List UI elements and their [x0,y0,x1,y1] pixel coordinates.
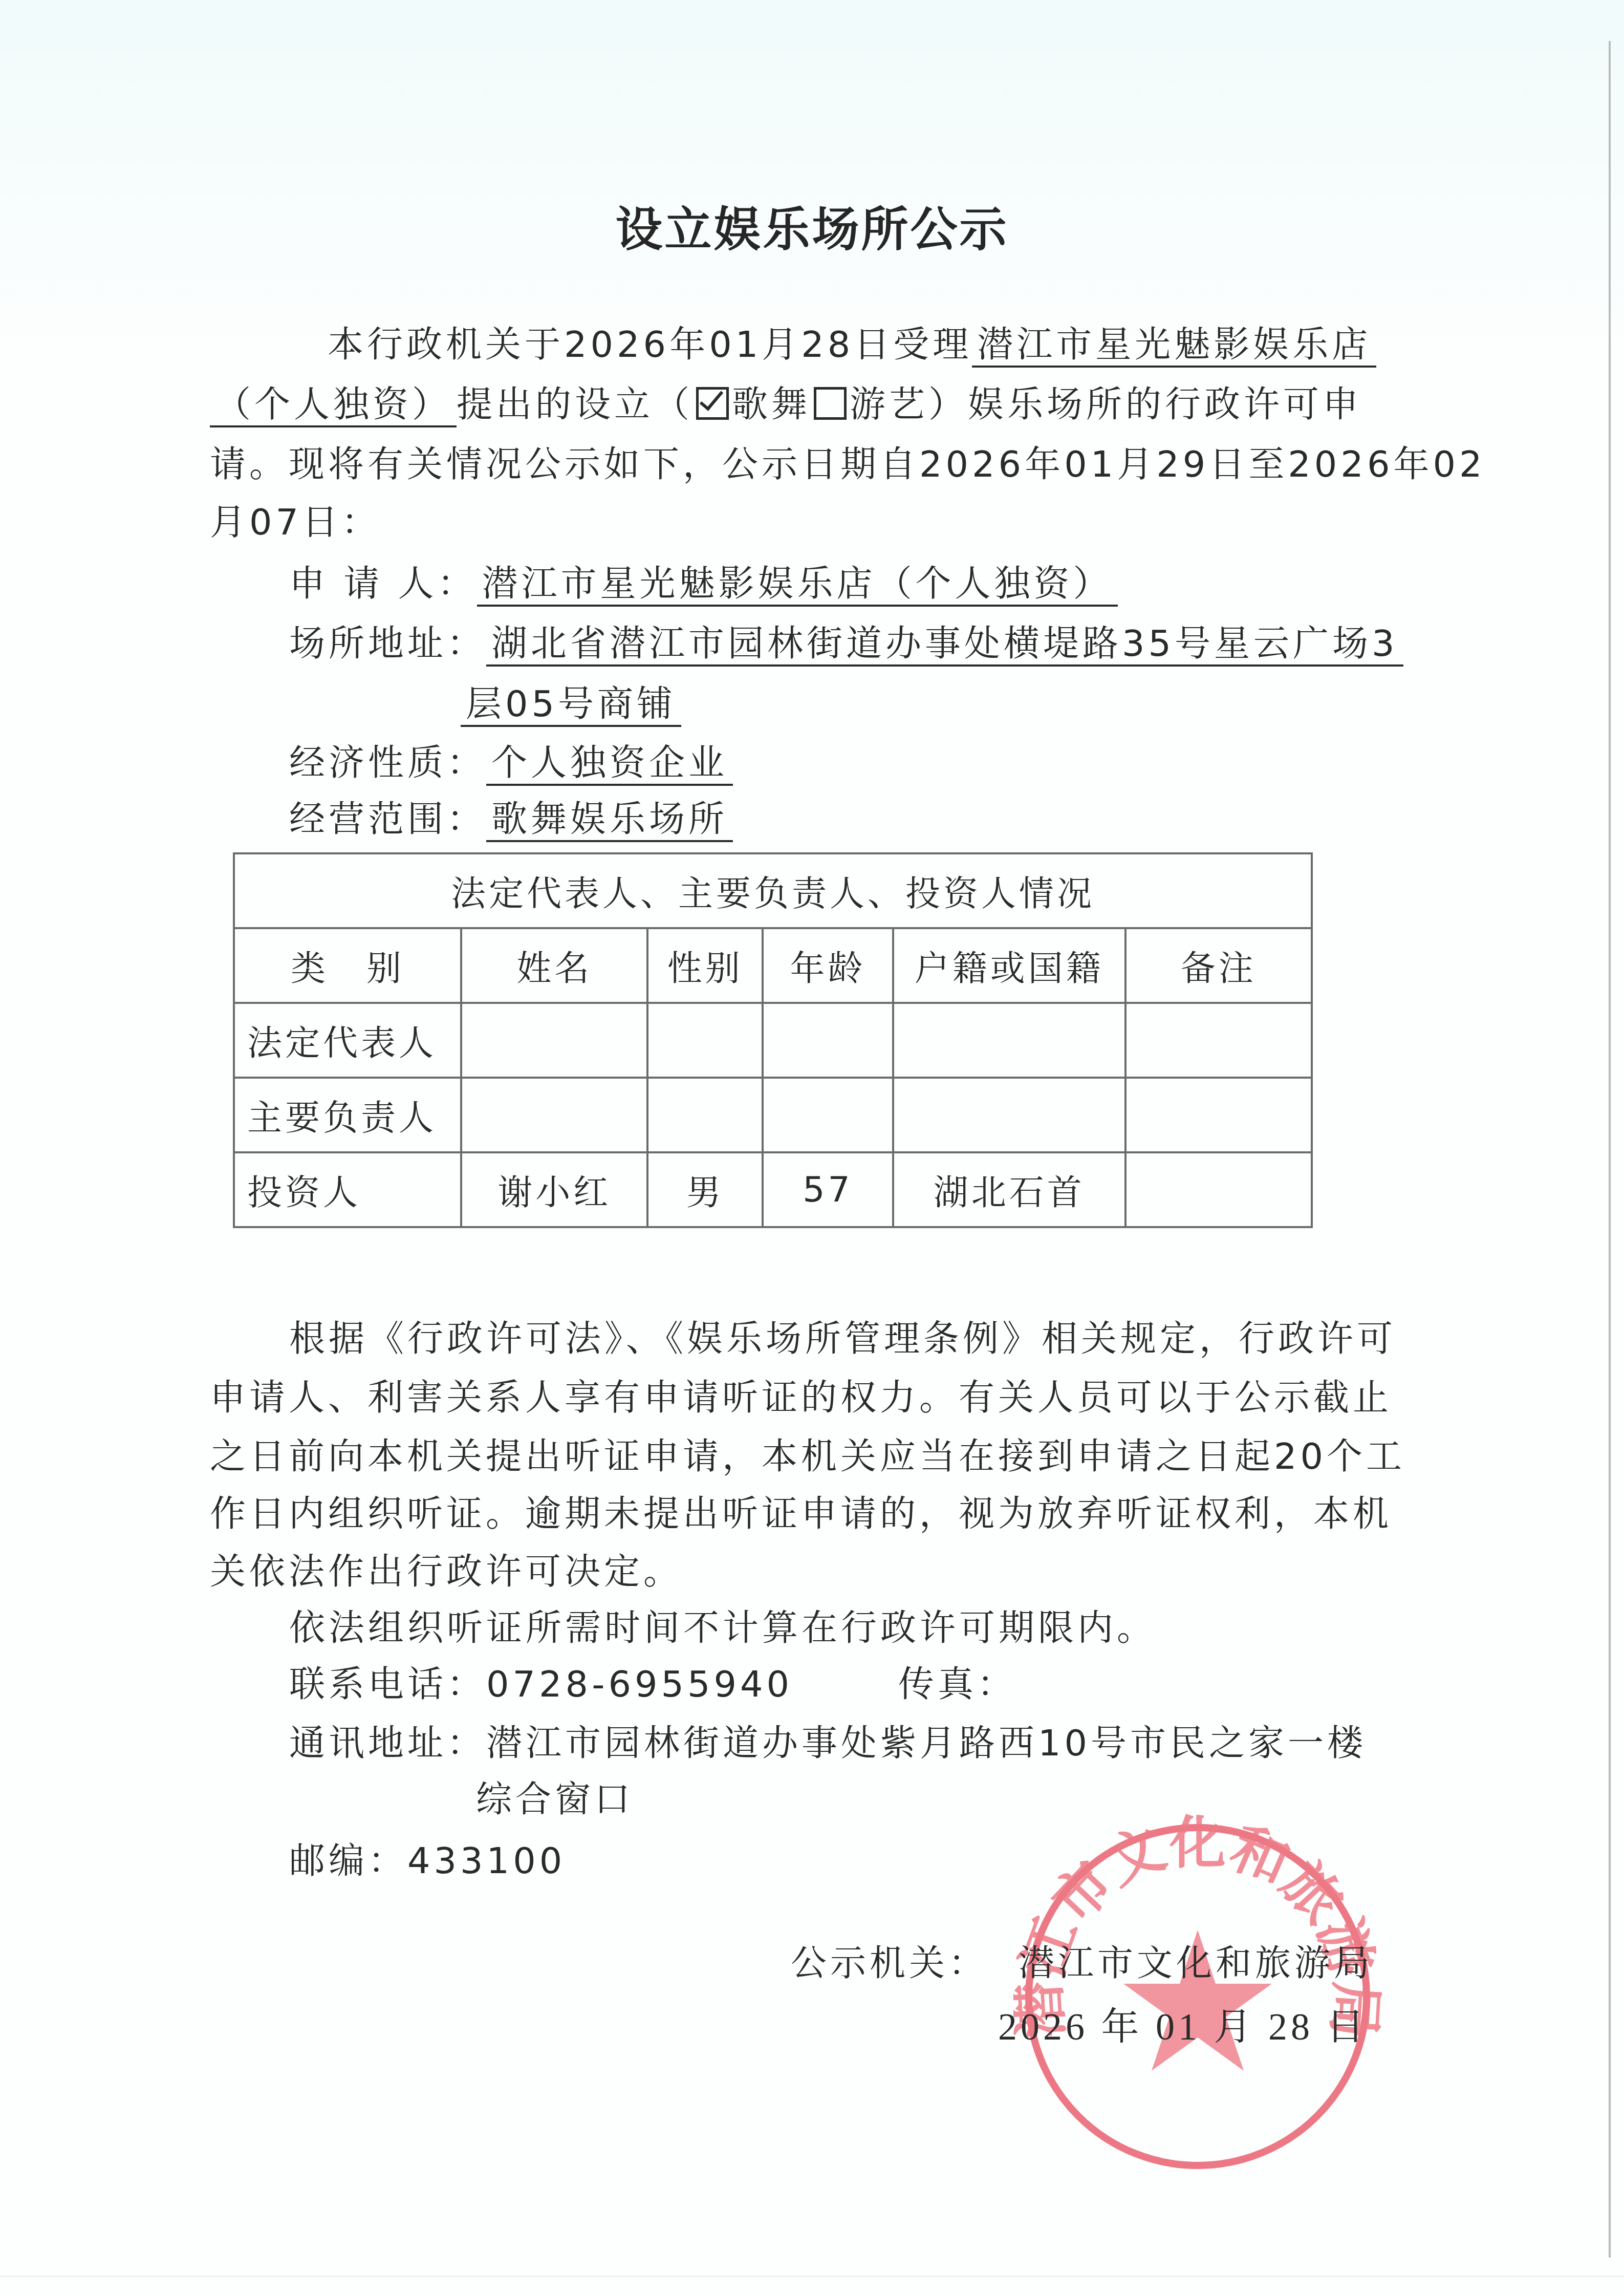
signature-agency: 公示机关：潜江市文化和旅游局 [791,1940,1373,1986]
notice-line-1: 根据《行政许可法》、《娱乐场所管理条例》相关规定，行政许可 [289,1316,1396,1362]
cell-origin [893,1003,1125,1078]
notice-line-2: 申请人、利害关系人享有申请听证的权力。有关人员可以于公示截止 [210,1375,1392,1421]
notice-line-3: 之日前向本机关提出听证申请，本机关应当在接到申请之日起20个工 [210,1433,1405,1479]
header-gender: 性别 [647,928,763,1003]
table-row: 投资人 谢小红 男 57 湖北石首 [234,1152,1312,1227]
nature-value: 个人独资企业 [486,742,733,786]
option-song-dance-label: 歌舞 [732,383,811,425]
intro-line-2: （个人独资）提出的设立（歌舞游艺）娱乐场所的行政许可申 [210,381,1362,427]
cell-remarks [1125,1152,1312,1227]
checkbox-empty-icon [814,387,847,420]
cell-origin: 湖北石首 [893,1152,1125,1227]
signature-date: 2026 年 01 月 28 日 [998,2004,1368,2050]
applicant-label: 申 请 人： [289,563,477,605]
cell-category: 法定代表人 [234,1003,461,1078]
intro-line-4: 月07日： [210,499,381,545]
checkbox-checked-icon [696,387,729,420]
official-seal-icon: 潜江市文化和旅游局 [1013,1812,1382,2181]
cell-name: 谢小红 [461,1152,647,1227]
cell-age: 57 [763,1152,893,1227]
address-value-line2: 层05号商铺 [461,683,681,727]
contact-address-cont: 综合窗口 [476,1776,634,1822]
cell-gender [647,1003,763,1078]
applicant-name-underlined: 潜江市星光魅影娱乐店 [972,324,1376,368]
page-title: 设立娱乐场所公示 [0,192,1624,260]
contact-fax: 传真： [898,1661,1016,1707]
header-origin: 户籍或国籍 [893,928,1125,1003]
cell-origin [893,1078,1125,1152]
scope-value: 歌舞娱乐场所 [486,798,733,842]
table-row: 法定代表人 [234,1003,1312,1078]
personnel-table: 法定代表人、主要负责人、投资人情况 类 别 姓名 性别 年龄 户籍或国籍 备注 … [233,852,1313,1228]
mail-address-label: 通讯地址： [289,1722,486,1764]
scan-edge-line [1609,41,1611,2258]
intro-line-1: 本行政机关于2026年01月28日受理潜江市星光魅影娱乐店 [328,321,1376,368]
applicant-value: 潜江市星光魅影娱乐店（个人独资） [477,563,1118,607]
cell-gender: 男 [647,1152,763,1227]
contact-postcode: 邮编：433100 [289,1838,566,1884]
header-age: 年龄 [763,928,893,1003]
intro-prefix: 本行政机关于2026年01月28日受理 [328,324,972,366]
notice-line-5: 关依法作出行政许可决定。 [210,1549,683,1595]
cell-category: 投资人 [234,1152,461,1227]
intro-mid: 提出的设立（ [457,383,693,425]
cell-age [763,1078,893,1152]
nature-label: 经济性质： [289,742,486,784]
phone-label: 联系电话： [289,1663,486,1705]
scan-bottom-edge [0,2276,1624,2277]
address-value-line1: 湖北省潜江市园林街道办事处横堤路35号星云广场3 [486,623,1403,667]
field-applicant: 申 请 人：潜江市星光魅影娱乐店（个人独资） [289,561,1118,607]
postcode-value: 433100 [407,1840,566,1882]
header-remarks: 备注 [1125,928,1312,1003]
fax-label: 传真： [898,1663,1016,1705]
table-row: 主要负责人 [234,1078,1312,1152]
cell-category: 主要负责人 [234,1078,461,1152]
cell-remarks [1125,1078,1312,1152]
agency-label: 公示机关： [791,1942,988,1984]
address-label: 场所地址： [289,623,486,664]
cell-age [763,1003,893,1078]
field-address: 场所地址：湖北省潜江市园林街道办事处横堤路35号星云广场3 [289,620,1403,667]
scope-label: 经营范围： [289,798,486,840]
table-caption-row: 法定代表人、主要负责人、投资人情况 [234,853,1312,928]
field-scope: 经营范围：歌舞娱乐场所 [289,796,733,842]
intro-suffix: ）娱乐场所的行政许可申 [928,383,1362,425]
cell-name [461,1003,647,1078]
contact-address: 通讯地址：潜江市园林街道办事处紫月路西10号市民之家一楼 [289,1720,1367,1766]
applicant-type-underlined: （个人独资） [210,383,457,427]
notice-line-4: 作日内组织听证。逾期未提出听证申请的，视为放弃听证权利，本机 [210,1491,1392,1537]
agency-name: 潜江市文化和旅游局 [1019,1942,1373,1984]
cell-remarks [1125,1003,1312,1078]
mail-address-line1: 潜江市园林街道办事处紫月路西10号市民之家一楼 [486,1722,1367,1764]
cell-gender [647,1078,763,1152]
notice-paragraph-2: 依法组织听证所需时间不计算在行政许可期限内。 [289,1605,1156,1651]
cell-name [461,1078,647,1152]
header-category: 类 别 [234,928,461,1003]
contact-phone: 联系电话：0728-6955940 [289,1661,793,1707]
postcode-label: 邮编： [289,1840,407,1882]
intro-line-3: 请。现将有关情况公示如下，公示日期自2026年01月29日至2026年02 [210,441,1486,487]
field-nature: 经济性质：个人独资企业 [289,740,733,786]
table-header-row: 类 别 姓名 性别 年龄 户籍或国籍 备注 [234,928,1312,1003]
scan-tint [0,0,1624,358]
phone-value: 0728-6955940 [486,1663,793,1705]
header-name: 姓名 [461,928,647,1003]
option-game-label: 游艺 [850,383,928,425]
table-caption: 法定代表人、主要负责人、投资人情况 [234,853,1312,928]
field-address-cont: 层05号商铺 [461,681,681,727]
